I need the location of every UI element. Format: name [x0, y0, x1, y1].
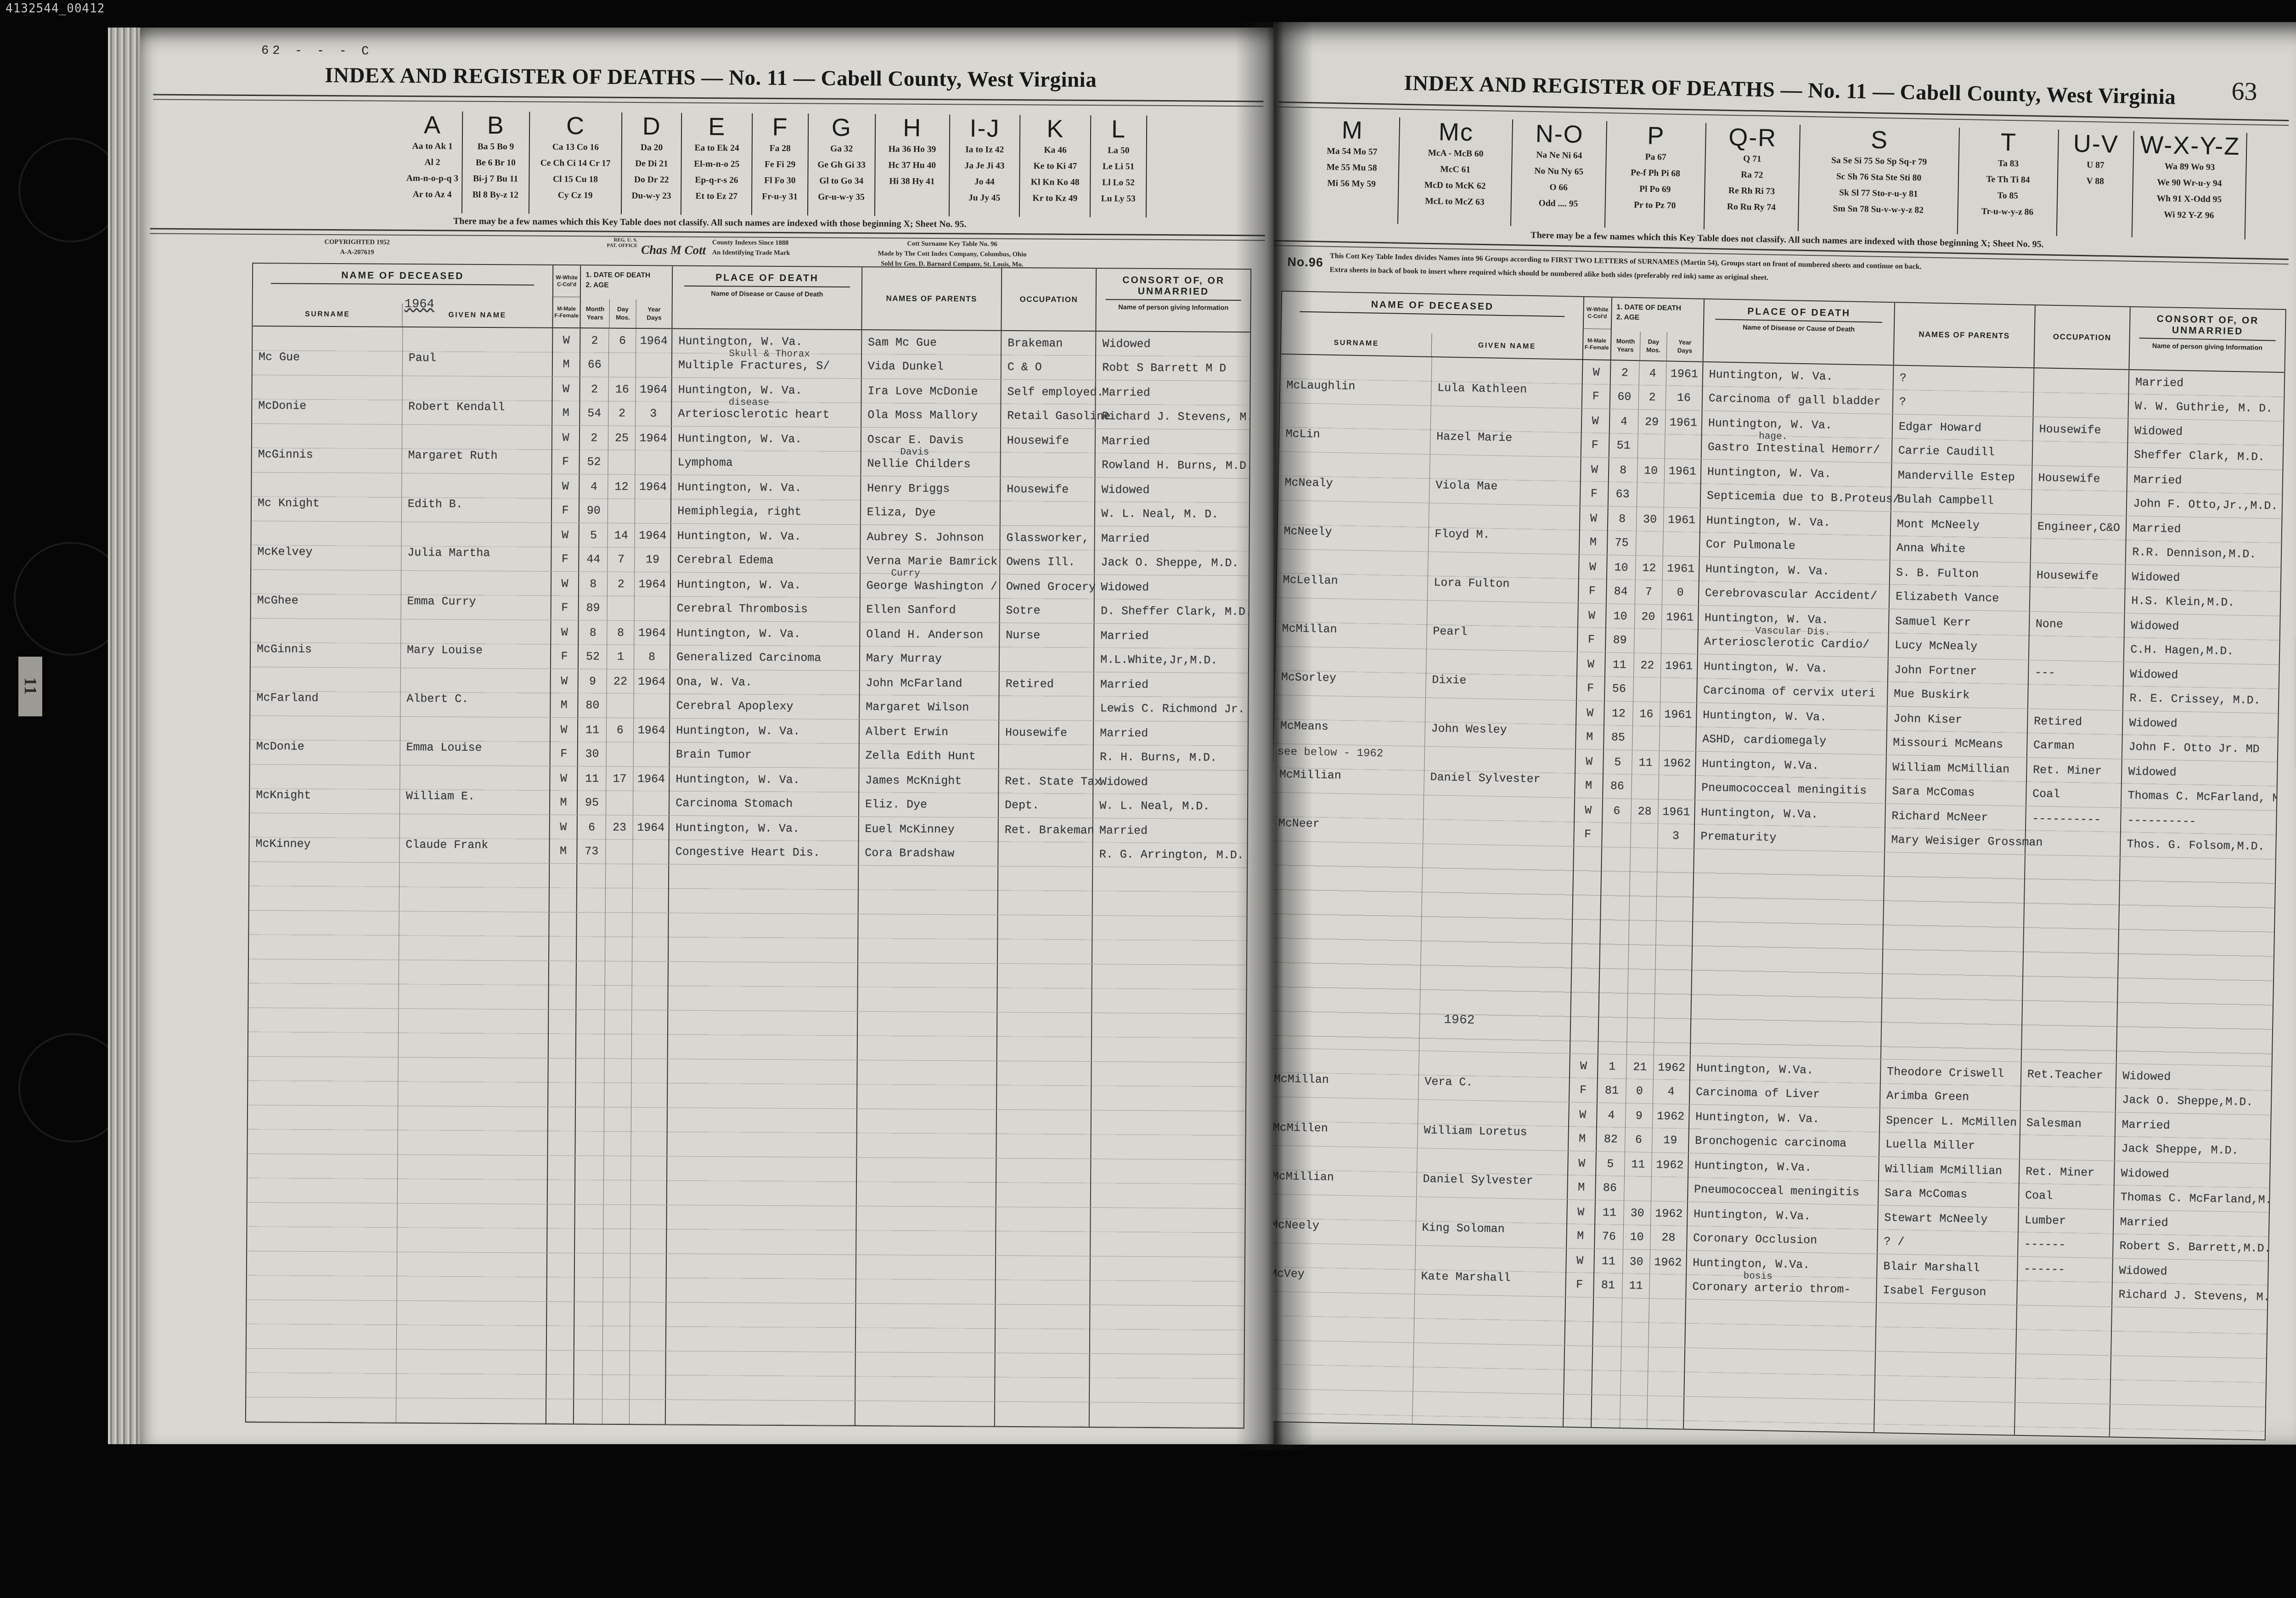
parents-cell [856, 1060, 996, 1109]
field: Coal [2032, 787, 2060, 801]
key-entry: U 87 [2058, 157, 2133, 174]
field: M [563, 406, 569, 420]
header-parents: NAMES OF PARENTS [1893, 303, 2034, 367]
race-sex-cell: WM [549, 766, 577, 815]
day-months-cell [604, 1108, 631, 1156]
race-sex-cell: WM [551, 377, 580, 425]
consort-cell [2109, 1404, 2265, 1440]
field: Huntington, W.Va. [1701, 806, 1818, 822]
day-months-cell: 30 [1636, 507, 1664, 556]
field: Mc Knight [258, 496, 320, 510]
field: Bronchogenic carcinoma [1695, 1134, 1847, 1150]
field: 9 [1636, 1109, 1643, 1122]
surname-cell: McDonie [250, 716, 400, 765]
record-row: Mc Gue Paul WM 266 6 1964 Huntington, W.… [253, 326, 1250, 381]
given-name-cell [397, 1106, 547, 1155]
ledger-book: 62 - - - C INDEX AND REGISTER OF DEATHS … [108, 22, 2296, 1452]
key-letter: B [463, 113, 529, 139]
key-entry: Pl Po 69 [1606, 180, 1704, 198]
year-days-cell: 19613 [1657, 799, 1694, 848]
surname-cell [247, 1203, 397, 1252]
field: Albert Erwin [866, 725, 948, 739]
field: John F. Otto Jr. MD [2128, 740, 2260, 756]
race-sex-cell: WF [550, 620, 578, 669]
given-name-cell: Lula Kathleen [1430, 357, 1582, 408]
copyright-line: A-A-207619 [324, 248, 389, 258]
field: Huntington, W. Va. [1705, 563, 1830, 578]
field: M [561, 698, 568, 712]
occupation-cell [994, 1353, 1089, 1402]
field: Sara McComas [1885, 1186, 1968, 1201]
field: Lucy McNealy [1895, 639, 1978, 653]
field: Cerebral Thrombosis [677, 602, 808, 616]
header-occupation: OCCUPATION [2033, 305, 2130, 369]
month-years-cell [1590, 1395, 1620, 1440]
key-entry: O 66 [1512, 179, 1605, 197]
field: 8 [1620, 464, 1627, 477]
consort-cell: WidowedJohn F. Otto Jr. MD [2122, 711, 2278, 762]
field: Huntington, W. Va. [1709, 368, 1833, 383]
field: C.H. Hagen,M.D. [2130, 643, 2234, 658]
field: 1964 [638, 626, 666, 640]
consort-cell: MarriedJack Sheppe, M.D. [2114, 1113, 2271, 1164]
table-header: NAME OF DECEASED SURNAME GIVEN NAME W-Wh… [253, 264, 1250, 332]
trademark-line: An Identifying Trade Mark [712, 249, 790, 257]
reg-line: REG. U. S. [614, 237, 638, 243]
field: ? [1899, 395, 1907, 409]
field: 11 [1612, 658, 1626, 672]
given-name-cell [399, 863, 548, 912]
field: Edith B. [408, 497, 463, 511]
month-years-cell: 1156 [1604, 653, 1634, 701]
field: 1961 [1668, 513, 1696, 527]
day-months-cell: 20 [1634, 604, 1662, 653]
key-column: N-O Na Ne Ni 64No Nu Ny 65O 66Odd .... 9… [1510, 119, 1606, 228]
consort-cell: MarriedJohn F. Otto,Jr.,M.D. [2126, 467, 2283, 518]
key-letter: P [1607, 122, 1705, 150]
field: 52 [587, 455, 601, 468]
field: ---------- [2127, 814, 2196, 828]
field: F [1588, 633, 1595, 646]
key-entry: Da 20 [622, 140, 681, 156]
field: Widowed [2134, 424, 2183, 439]
key-entry: Mi 56 My 59 [1305, 175, 1398, 193]
field: ASHD, cardiomegaly [1702, 732, 1827, 748]
year-days-cell: 1962 [1649, 1250, 1686, 1299]
field: Gastro Intestinal Hemorr/ [1708, 440, 1880, 457]
cott-line: Cott Surname Key Table No. 96 [878, 239, 1026, 250]
page-tab-11-left: 11 [18, 657, 42, 716]
key-letter: U-V [2058, 130, 2133, 158]
key-entry: McA - McB 60 [1400, 144, 1512, 163]
year-days-cell: 1961 [1659, 702, 1696, 751]
field: Widowed [2122, 1069, 2171, 1084]
occupation-cell: Engineer,C&O [2030, 514, 2126, 564]
field: Married [2122, 1118, 2170, 1132]
key-column: F Fa 28Fe Fi 29Fl Fo 30Fr-u-y 31 [751, 113, 808, 216]
day-months-cell: 12 [608, 475, 635, 523]
given-name-cell [1413, 1294, 1565, 1345]
field: W [561, 626, 568, 639]
field: Huntington, W. Va. [678, 335, 802, 349]
header-date-age: 1. DATE OF DEATH2. AGE MonthYears DayMos… [1610, 298, 1703, 361]
key-letter: F [753, 114, 808, 141]
year-days-cell [631, 1059, 667, 1107]
race-sex-cell [547, 1107, 575, 1155]
place-cause-cell: Huntington, W. Va.Cerebral Thrombosis [670, 573, 860, 622]
parents-cell [1874, 1351, 2015, 1402]
place-cause-cell: Ona, W. Va.Cerebral Apoplexy [669, 670, 859, 720]
field: 1962 [1654, 1255, 1682, 1269]
key-entry: Jo 44 [950, 174, 1019, 190]
occupation-cell: Owned GrocerySotre [999, 574, 1094, 623]
field: Kate Marshall [1421, 1270, 1511, 1285]
field: W [560, 723, 567, 737]
year-days-cell [629, 1351, 665, 1399]
year-days-cell: 19624 [1653, 1055, 1690, 1104]
field: 89 [586, 601, 600, 614]
key-entry: Fr-u-y 31 [752, 189, 807, 205]
parents-cell [858, 866, 998, 915]
year-days-cell: 1961 [1660, 653, 1697, 702]
year-days-cell [630, 1254, 666, 1302]
record-row [249, 911, 1247, 965]
field: 3 [1672, 829, 1680, 843]
field: Luella Miller [1885, 1137, 1975, 1153]
field: 19 [1663, 1134, 1677, 1148]
field: Hemiphlegia, right [677, 505, 801, 519]
field: Oscar E. Davis [867, 433, 964, 447]
field: 19 [646, 553, 659, 566]
key-entry: Ep-q-r-s 26 [682, 172, 752, 189]
parents-cell [854, 1401, 994, 1429]
day-months-cell: 6 [606, 718, 633, 766]
place-cause-cell: Huntington, W.Va.Pneumococceal meningiti… [1687, 1153, 1879, 1205]
day-months-cell: 28 [1630, 799, 1658, 848]
field: John McFarland [866, 676, 962, 690]
consort-cell [1089, 1354, 1244, 1403]
field: 1961 [1665, 659, 1693, 673]
field: 4 [591, 480, 597, 493]
field: King Soloman [1422, 1221, 1505, 1236]
left-key-table: A Aa to Ak 1Al 2Am-n-o-p-q 3Ar to Az 4 B… [403, 111, 1147, 218]
parents-cell: Oscar E. DavisDavisNellie Childers [860, 428, 1000, 477]
field: 8 [617, 626, 624, 640]
year-days-cell [630, 1156, 667, 1204]
key-entry: No Nu Ny 65 [1512, 163, 1606, 180]
field: 75 [1615, 536, 1629, 550]
field: 10 [1614, 561, 1628, 574]
field: W [1588, 609, 1596, 622]
year-days-cell [1646, 1396, 1683, 1440]
field: 1964 [640, 383, 667, 396]
field: Ret. Brakeman [1005, 823, 1094, 837]
record-row [1273, 1438, 2264, 1440]
month-years-cell: 852 [578, 620, 607, 669]
race-sex-cell: WM [1575, 701, 1604, 749]
field: W [1592, 414, 1599, 428]
record-row: McGinnis Mary Louise WF 852 81 19648 Hun… [251, 619, 1249, 673]
place-cause-cell: Huntington, W.Va.Prematurity [1694, 800, 1885, 852]
field: 2 [591, 431, 597, 445]
occupation-cell: Salesman [2019, 1111, 2115, 1161]
field: Verna Marie Bamrick [867, 554, 997, 568]
record-row: McDonie Emma Louise WF 1130 6 1964 Hunti… [250, 716, 1248, 771]
given-name-cell: Hazel Marie [1429, 406, 1581, 457]
field: 1962 [1663, 756, 1691, 770]
place-cause-cell: Huntington, W. Va.Bronchogenic carcinoma [1688, 1105, 1880, 1157]
parents-cell: Oland H. AndersonMary Murray [859, 622, 999, 671]
field: Thomas C. McFarland,M.D. [2120, 1191, 2286, 1207]
field: 1964 [639, 578, 666, 591]
field: 6 [588, 821, 595, 834]
month-years-cell: 889 [578, 572, 608, 620]
field: Retail Gasoline [1007, 409, 1110, 423]
key-entry: Lu Ly 53 [1091, 191, 1146, 207]
place-cause-cell: Huntington, W. Va.Cerebral Edema [670, 524, 860, 574]
field: 22 [613, 675, 627, 688]
field: W. L. Neal, M.D. [1099, 799, 1210, 813]
field: Cor Pulmonale [1706, 538, 1796, 553]
key-entry: Du-w-y 23 [622, 188, 681, 204]
month-years-cell: 1181 [1593, 1249, 1623, 1298]
consort-cell: WidowedC.H. Hagen,M.D. [2123, 613, 2280, 664]
consort-cell [1090, 1208, 1244, 1257]
given-name-cell [1412, 1392, 1563, 1440]
given-name-cell [398, 1058, 547, 1107]
field: 16 [1639, 707, 1654, 721]
year-days-cell [629, 1400, 665, 1429]
field: F [1584, 827, 1592, 841]
place-cause-cell: Huntington, W. Va.Carcinoma of cervix ut… [1696, 654, 1888, 706]
year-days-cell: 1961 [1663, 507, 1700, 556]
place-cause-cell: Huntington, W.Va.Coronary Occlusion [1686, 1202, 1878, 1254]
day-months-cell: 23 [606, 816, 633, 864]
field: 11 [1631, 1158, 1645, 1171]
ledger-body: Mc Gue Paul WM 266 6 1964 Huntington, W.… [246, 326, 1250, 1429]
field: 66 [588, 358, 602, 371]
field: M [1585, 779, 1593, 792]
record-row: McGhee Emma Curry WF 889 2 1964 Huntingt… [251, 570, 1249, 625]
field: Richard McNeer [1891, 810, 1988, 825]
day-months-cell: 16 [1632, 702, 1660, 750]
month-years-cell [574, 1156, 604, 1204]
field: Curry [891, 568, 920, 579]
consort-cell: MarriedRichard J. Stevens, M.D. [1095, 380, 1249, 429]
given-name-cell [396, 1301, 546, 1350]
consort-cell: MarriedJack O. Sheppe, M.D. [1094, 526, 1249, 575]
parents-cell: Manderville EstepBulah Campbell [1890, 463, 2032, 514]
field: Retired [2034, 715, 2082, 729]
field: Jack O. Sheppe, M.D. [1101, 556, 1239, 570]
given-name-cell [1412, 1343, 1564, 1394]
field: Owned Grocery [1006, 580, 1096, 594]
field: Ellen Sanford [866, 603, 956, 617]
field: 81 [1601, 1278, 1615, 1292]
race-sex-cell [545, 1399, 573, 1429]
key-entry: Wh 91 X-Odd 95 [2133, 190, 2245, 208]
field: 11 [1603, 1206, 1617, 1220]
race-sex-cell: WF [1576, 652, 1604, 701]
parents-cell: Euel McKinneyCora Bradshaw [858, 817, 998, 866]
race-sex-cell: WM [1567, 1151, 1596, 1200]
field: Lymphoma [678, 456, 733, 470]
field: Daniel Sylvester [1430, 771, 1541, 786]
stamp-decoration [18, 138, 123, 242]
key-entry: Et to Ez 27 [681, 188, 751, 205]
consort-cell: WidowedRichard J. Stevens, M.D. [2111, 1258, 2268, 1309]
key-column: U-V U 87V 88 [2056, 129, 2133, 237]
parents-cell [857, 1012, 997, 1061]
field: Ret. Miner [2026, 1165, 2095, 1180]
record-row [247, 1251, 1244, 1306]
day-months-cell [1620, 1347, 1648, 1395]
field: F [562, 552, 568, 566]
key-column: S Sa Se Si 75 So Sp Sq-r 79Sc Sh 76 Sta … [1798, 125, 1959, 234]
key-entry: Ll Lo 52 [1091, 174, 1146, 191]
month-years-cell [1592, 1298, 1622, 1346]
field: 85 [1611, 731, 1626, 744]
field: Widowed [1102, 337, 1150, 351]
field: Margaret Ruth [408, 449, 497, 462]
field: hage. [1759, 431, 1788, 442]
field: 29 [1645, 416, 1659, 429]
month-years-cell [574, 1302, 603, 1350]
right-ledger: NAME OF DECEASED SURNAME GIVEN NAME W-Wh… [1273, 291, 2286, 1440]
field: Huntington, W. Va. [676, 724, 800, 738]
day-months-cell: 22 [1633, 653, 1661, 702]
field: Nellie Childers [867, 457, 970, 471]
field: W [1577, 1205, 1585, 1219]
key-column: Mc McA - McB 60McC 61McD to McK 62McL to… [1397, 118, 1512, 226]
field: Vera C. [1424, 1075, 1473, 1089]
given-name-cell: Kate Marshall [1414, 1246, 1566, 1297]
parents-cell: Ira Love McDonieOla Moss Mallory [861, 379, 1001, 428]
record-row: McKelvey Julia Martha WF 544 147 196419 … [251, 521, 1249, 576]
place-cause-cell: Huntington, W.Va.Pneumococceal meningiti… [1694, 752, 1886, 804]
field: Thos. G. Folsom,M.D. [2127, 838, 2265, 853]
year-days-cell: 1964 [634, 572, 670, 620]
place-cause-cell: Huntington, W. Va.Skull & ThoraxMultiple… [671, 329, 861, 379]
field: W [1580, 1059, 1587, 1073]
field: W [560, 821, 567, 834]
surname-cell [248, 1008, 398, 1057]
consort-cell [1089, 1402, 1244, 1429]
field: Lula Kathleen [1437, 381, 1527, 396]
field: 12 [614, 480, 628, 494]
given-name-cell: Emma Curry [400, 571, 550, 620]
place-cause-cell: Huntington, W. Va.Cerebrovascular Accide… [1698, 557, 1889, 609]
field: Huntington, W. Va. [678, 383, 802, 398]
parents-cell [855, 1206, 996, 1255]
place-cause-cell [668, 864, 858, 914]
day-months-cell [1619, 1395, 1647, 1440]
field: Housewife [2037, 568, 2099, 583]
given-name-cell [1423, 795, 1574, 846]
key-column: E Ea to Ek 24El-m-n-o 25Ep-q-r-s 26Et to… [681, 113, 752, 215]
day-months-cell: 3011 [1622, 1249, 1650, 1298]
key-entry: Aa to Ak 1 [403, 138, 462, 155]
consort-cell [2110, 1307, 2267, 1358]
record-row [248, 1008, 1246, 1063]
year-days-cell: 1964 [635, 426, 671, 474]
field: R.R. Dennison,M.D. [2132, 546, 2257, 561]
field: M [563, 358, 569, 371]
consort-cell [1089, 1305, 1244, 1354]
key-entry: Ge Gh Gi 33 [808, 157, 874, 173]
parents-cell: Albert ErwinZella Edith Hunt [858, 720, 998, 769]
header-consort: CONSORT OF, OR UNMARRIED Name of person … [1096, 269, 1250, 332]
header-occupation: OCCUPATION [1001, 268, 1096, 331]
key-entry: Pa 67 [1607, 148, 1705, 166]
place-cause-cell [665, 1302, 855, 1352]
parents-cell: Blair MarshallIsabel Ferguson [1876, 1254, 2017, 1305]
field: Lewis C. Richmond Jr. M.D. [1100, 702, 1252, 716]
race-sex-cell: WF [1581, 360, 1610, 409]
field: Lora Fulton [1434, 576, 1510, 591]
field: Thomas C. McFarland, M.D. [2127, 789, 2286, 805]
occupation-cell [996, 1159, 1091, 1207]
field: Married [1099, 824, 1148, 838]
key-entry: Wi 92 Y-Z 96 [2133, 206, 2245, 225]
field: Widowed [2119, 1264, 2167, 1278]
field: Huntington, W. Va. [677, 529, 801, 544]
day-months-cell [604, 1059, 631, 1107]
field: 73 [585, 844, 598, 858]
field: Huntington, W.Va. [1696, 1062, 1814, 1077]
surname-cell [249, 862, 399, 911]
field: Huntington, W. Va. [1708, 416, 1832, 432]
field: F [1587, 681, 1594, 695]
key-entry: Fl Fo 30 [752, 172, 807, 189]
key-column: T Ta 83Te Th Ti 84To 85Tr-u-w-y-z 86 [1957, 128, 2058, 236]
year-days-cell [1647, 1347, 1684, 1396]
month-years-cell [576, 912, 605, 961]
consort-cell: MarriedRowland H. Burns, M.D. [1095, 429, 1249, 478]
field: R. E. Crissey, M.D. [2129, 692, 2261, 707]
field: Salesman [2026, 1116, 2082, 1131]
month-years-cell: 181 [1597, 1054, 1626, 1103]
parents-cell [855, 1352, 995, 1401]
field: Generalized Carcinoma [676, 651, 821, 665]
field: Robert Kendall [408, 400, 505, 414]
record-row: McKinney Claude Frank WM 673 23 1964 Hun… [249, 813, 1247, 868]
key-entry: Gr-u-w-y 35 [808, 189, 874, 205]
field: John F. Otto,Jr.,M.D. [2133, 497, 2278, 513]
field: John Kiser [1893, 712, 1963, 727]
month-years-cell: 490 [579, 474, 608, 523]
field: Married [1102, 434, 1150, 448]
parents-cell: Sam Mc GueVida Dunkel [861, 330, 1001, 379]
key-letter: S [1800, 126, 1959, 155]
field: Widowed [2130, 668, 2178, 682]
place-cause-cell [665, 1351, 855, 1401]
field: 82 [1604, 1132, 1618, 1146]
race-sex-cell [548, 912, 576, 961]
field: 1964 [638, 675, 665, 688]
field: 0 [1677, 586, 1684, 599]
place-cause-cell: Huntington, W. Va.Generalized Carcinoma [670, 621, 859, 671]
field: F [1591, 438, 1598, 451]
field: 11 [1629, 1279, 1643, 1293]
record-row: McDonie Robert Kendall WM 254 162 19643 … [252, 375, 1250, 430]
field: Mary Weisiger Grossman [1891, 833, 2043, 850]
parents-cell: William McMillianSara McComas [1878, 1157, 2019, 1208]
given-name-cell: Mary Louise [400, 619, 550, 669]
surname-cell: Mc Knight [252, 473, 401, 522]
field: 11 [1602, 1255, 1616, 1268]
field: 28 [1638, 805, 1652, 818]
